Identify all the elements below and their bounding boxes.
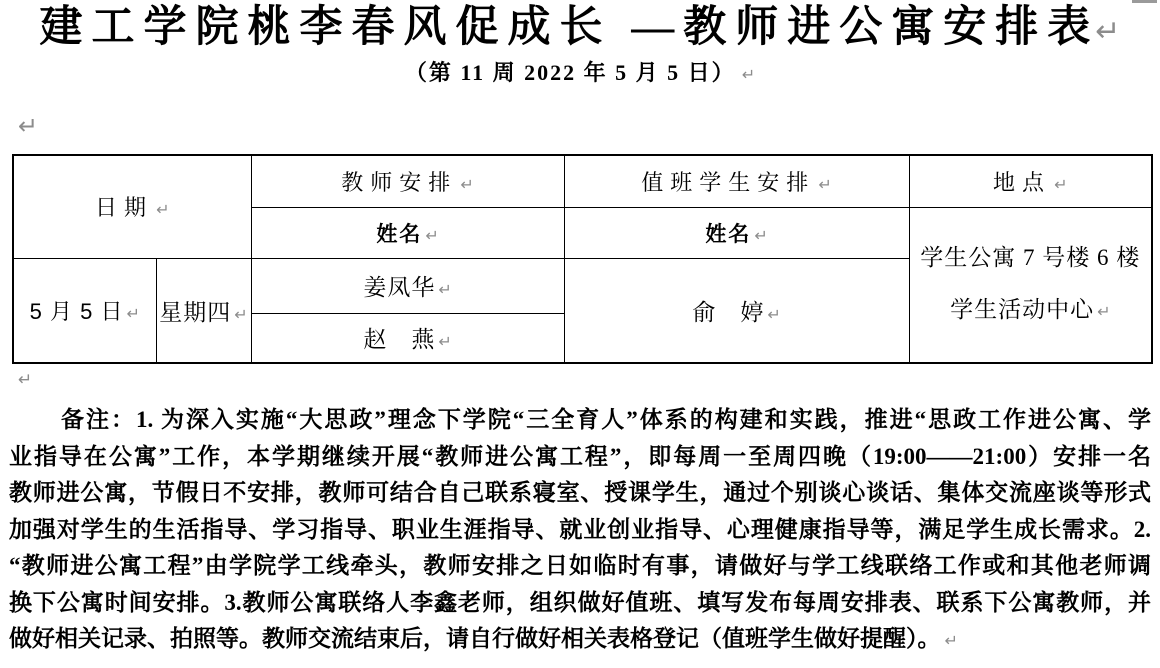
location-line-2: 学生活动中心↵ bbox=[910, 284, 1152, 338]
note-line-3: 教师进公寓，节假日不安排，教师可结合自己联系寝室、授课学生，通过个别谈心谈话、集… bbox=[9, 475, 1151, 512]
paragraph-mark-icon: ↵ bbox=[818, 175, 831, 194]
note-line-6: 换下公寓时间安排。3.教师公寓联络人李鑫老师，组织做好值班、填写发布每周安排表、… bbox=[9, 585, 1151, 622]
header-student-label: 值班学生安排 bbox=[641, 170, 815, 195]
paragraph-mark-icon: ↵ bbox=[1095, 14, 1120, 49]
header-teacher-label: 教师安排 bbox=[341, 170, 457, 195]
paragraph-mark-icon: ↵ bbox=[156, 200, 169, 219]
teacher-2-name: 赵 燕 bbox=[363, 327, 435, 352]
weekday-value: 星期四 bbox=[159, 300, 231, 325]
header-date-cell: 日期↵ bbox=[13, 155, 251, 258]
location-text-1: 学生公寓 7 号楼 6 楼 bbox=[920, 245, 1140, 270]
note-line-7: 做好相关记录、拍照等。教师交流结束后，请自行做好相关表格登记（值班学生做好提醒）… bbox=[9, 621, 1151, 658]
note-line-7-text: 做好相关记录、拍照等。教师交流结束后，请自行做好相关表格登记（值班学生做好提醒）… bbox=[9, 626, 941, 651]
paragraph-mark-icon: ↵ bbox=[234, 305, 247, 324]
notes-paragraph: 备注：1. 为深入实施“大思政”理念下学院“三全育人”体系的构建和实践，推进“思… bbox=[9, 402, 1151, 658]
header-location-cell: 地点↵ bbox=[909, 155, 1152, 207]
header-teacher-name-cell: 姓名↵ bbox=[251, 207, 564, 258]
note-line-5: “教师进公寓工程”由学院学工线牵头，教师安排之日如临时有事，请做好与学工线联络工… bbox=[9, 548, 1151, 585]
teacher-1-name: 姜凤华 bbox=[363, 275, 435, 300]
header-teacher-cell: 教师安排↵ bbox=[251, 155, 564, 207]
note-line-2: 业指导在公寓”工作，本学期继续开展“教师进公寓工程”，即每周一至周四晚（19:0… bbox=[9, 439, 1151, 476]
teacher-name-label: 姓名 bbox=[376, 222, 422, 246]
location-cell: 学生公寓 7 号楼 6 楼 学生活动中心↵ bbox=[909, 207, 1152, 363]
teacher-1-cell: 姜凤华↵ bbox=[251, 258, 564, 313]
paragraph-mark-icon: ↵ bbox=[754, 226, 767, 245]
title-text: 建工学院桃李春风促成长 —教师进公寓安排表 bbox=[40, 4, 1100, 51]
header-student-cell: 值班学生安排↵ bbox=[564, 155, 909, 207]
paragraph-mark-icon: ↵ bbox=[767, 305, 780, 324]
table-header-row-1: 日期↵ 教师安排↵ 值班学生安排↵ 地点↵ bbox=[13, 155, 1152, 207]
header-date-label: 日期 bbox=[95, 195, 153, 220]
student-name: 俞 婷 bbox=[692, 300, 764, 325]
weekday-cell: 星期四↵ bbox=[156, 258, 251, 363]
date-value: 5 月 5 日 bbox=[30, 299, 124, 324]
student-name-label: 姓名 bbox=[705, 222, 751, 246]
paragraph-mark-icon: ↵ bbox=[460, 175, 473, 194]
page-title: 建工学院桃李春风促成长 —教师进公寓安排表↵ bbox=[0, 3, 1160, 53]
page-subtitle: （第 11 周 2022 年 5 月 5 日）↵ bbox=[0, 56, 1160, 90]
document-page: 建工学院桃李春风促成长 —教师进公寓安排表↵ （第 11 周 2022 年 5 … bbox=[0, 0, 1160, 668]
subtitle-text: （第 11 周 2022 年 5 月 5 日） bbox=[405, 60, 736, 85]
student-cell: 俞 婷↵ bbox=[564, 258, 909, 363]
paragraph-mark-icon: ↵ bbox=[18, 112, 38, 140]
teacher-2-cell: 赵 燕↵ bbox=[251, 313, 564, 363]
date-cell: 5 月 5 日↵ bbox=[13, 258, 156, 363]
note-line-1: 备注：1. 为深入实施“大思政”理念下学院“三全育人”体系的构建和实践，推进“思… bbox=[9, 402, 1151, 439]
location-line-1: 学生公寓 7 号楼 6 楼 bbox=[910, 232, 1152, 284]
paragraph-mark-icon: ↵ bbox=[438, 332, 451, 351]
paragraph-mark-icon: ↵ bbox=[945, 631, 958, 650]
paragraph-mark-icon: ↵ bbox=[18, 370, 32, 390]
header-location-label: 地点 bbox=[993, 170, 1051, 195]
note-line-4: 加强对学生的生活指导、学习指导、职业生涯指导、就业创业指导、心理健康指导等，满足… bbox=[9, 512, 1151, 549]
paragraph-mark-icon: ↵ bbox=[1097, 302, 1110, 321]
paragraph-mark-icon: ↵ bbox=[425, 226, 438, 245]
paragraph-mark-icon: ↵ bbox=[742, 65, 755, 84]
location-text-2: 学生活动中心 bbox=[950, 297, 1094, 322]
paragraph-mark-icon: ↵ bbox=[126, 304, 139, 323]
paragraph-mark-icon: ↵ bbox=[1054, 175, 1067, 194]
schedule-table: 日期↵ 教师安排↵ 值班学生安排↵ 地点↵ 姓名↵ 姓名↵ 学生公寓 7 号楼 … bbox=[12, 154, 1153, 364]
paragraph-mark-icon: ↵ bbox=[438, 280, 451, 299]
header-student-name-cell: 姓名↵ bbox=[564, 207, 909, 258]
